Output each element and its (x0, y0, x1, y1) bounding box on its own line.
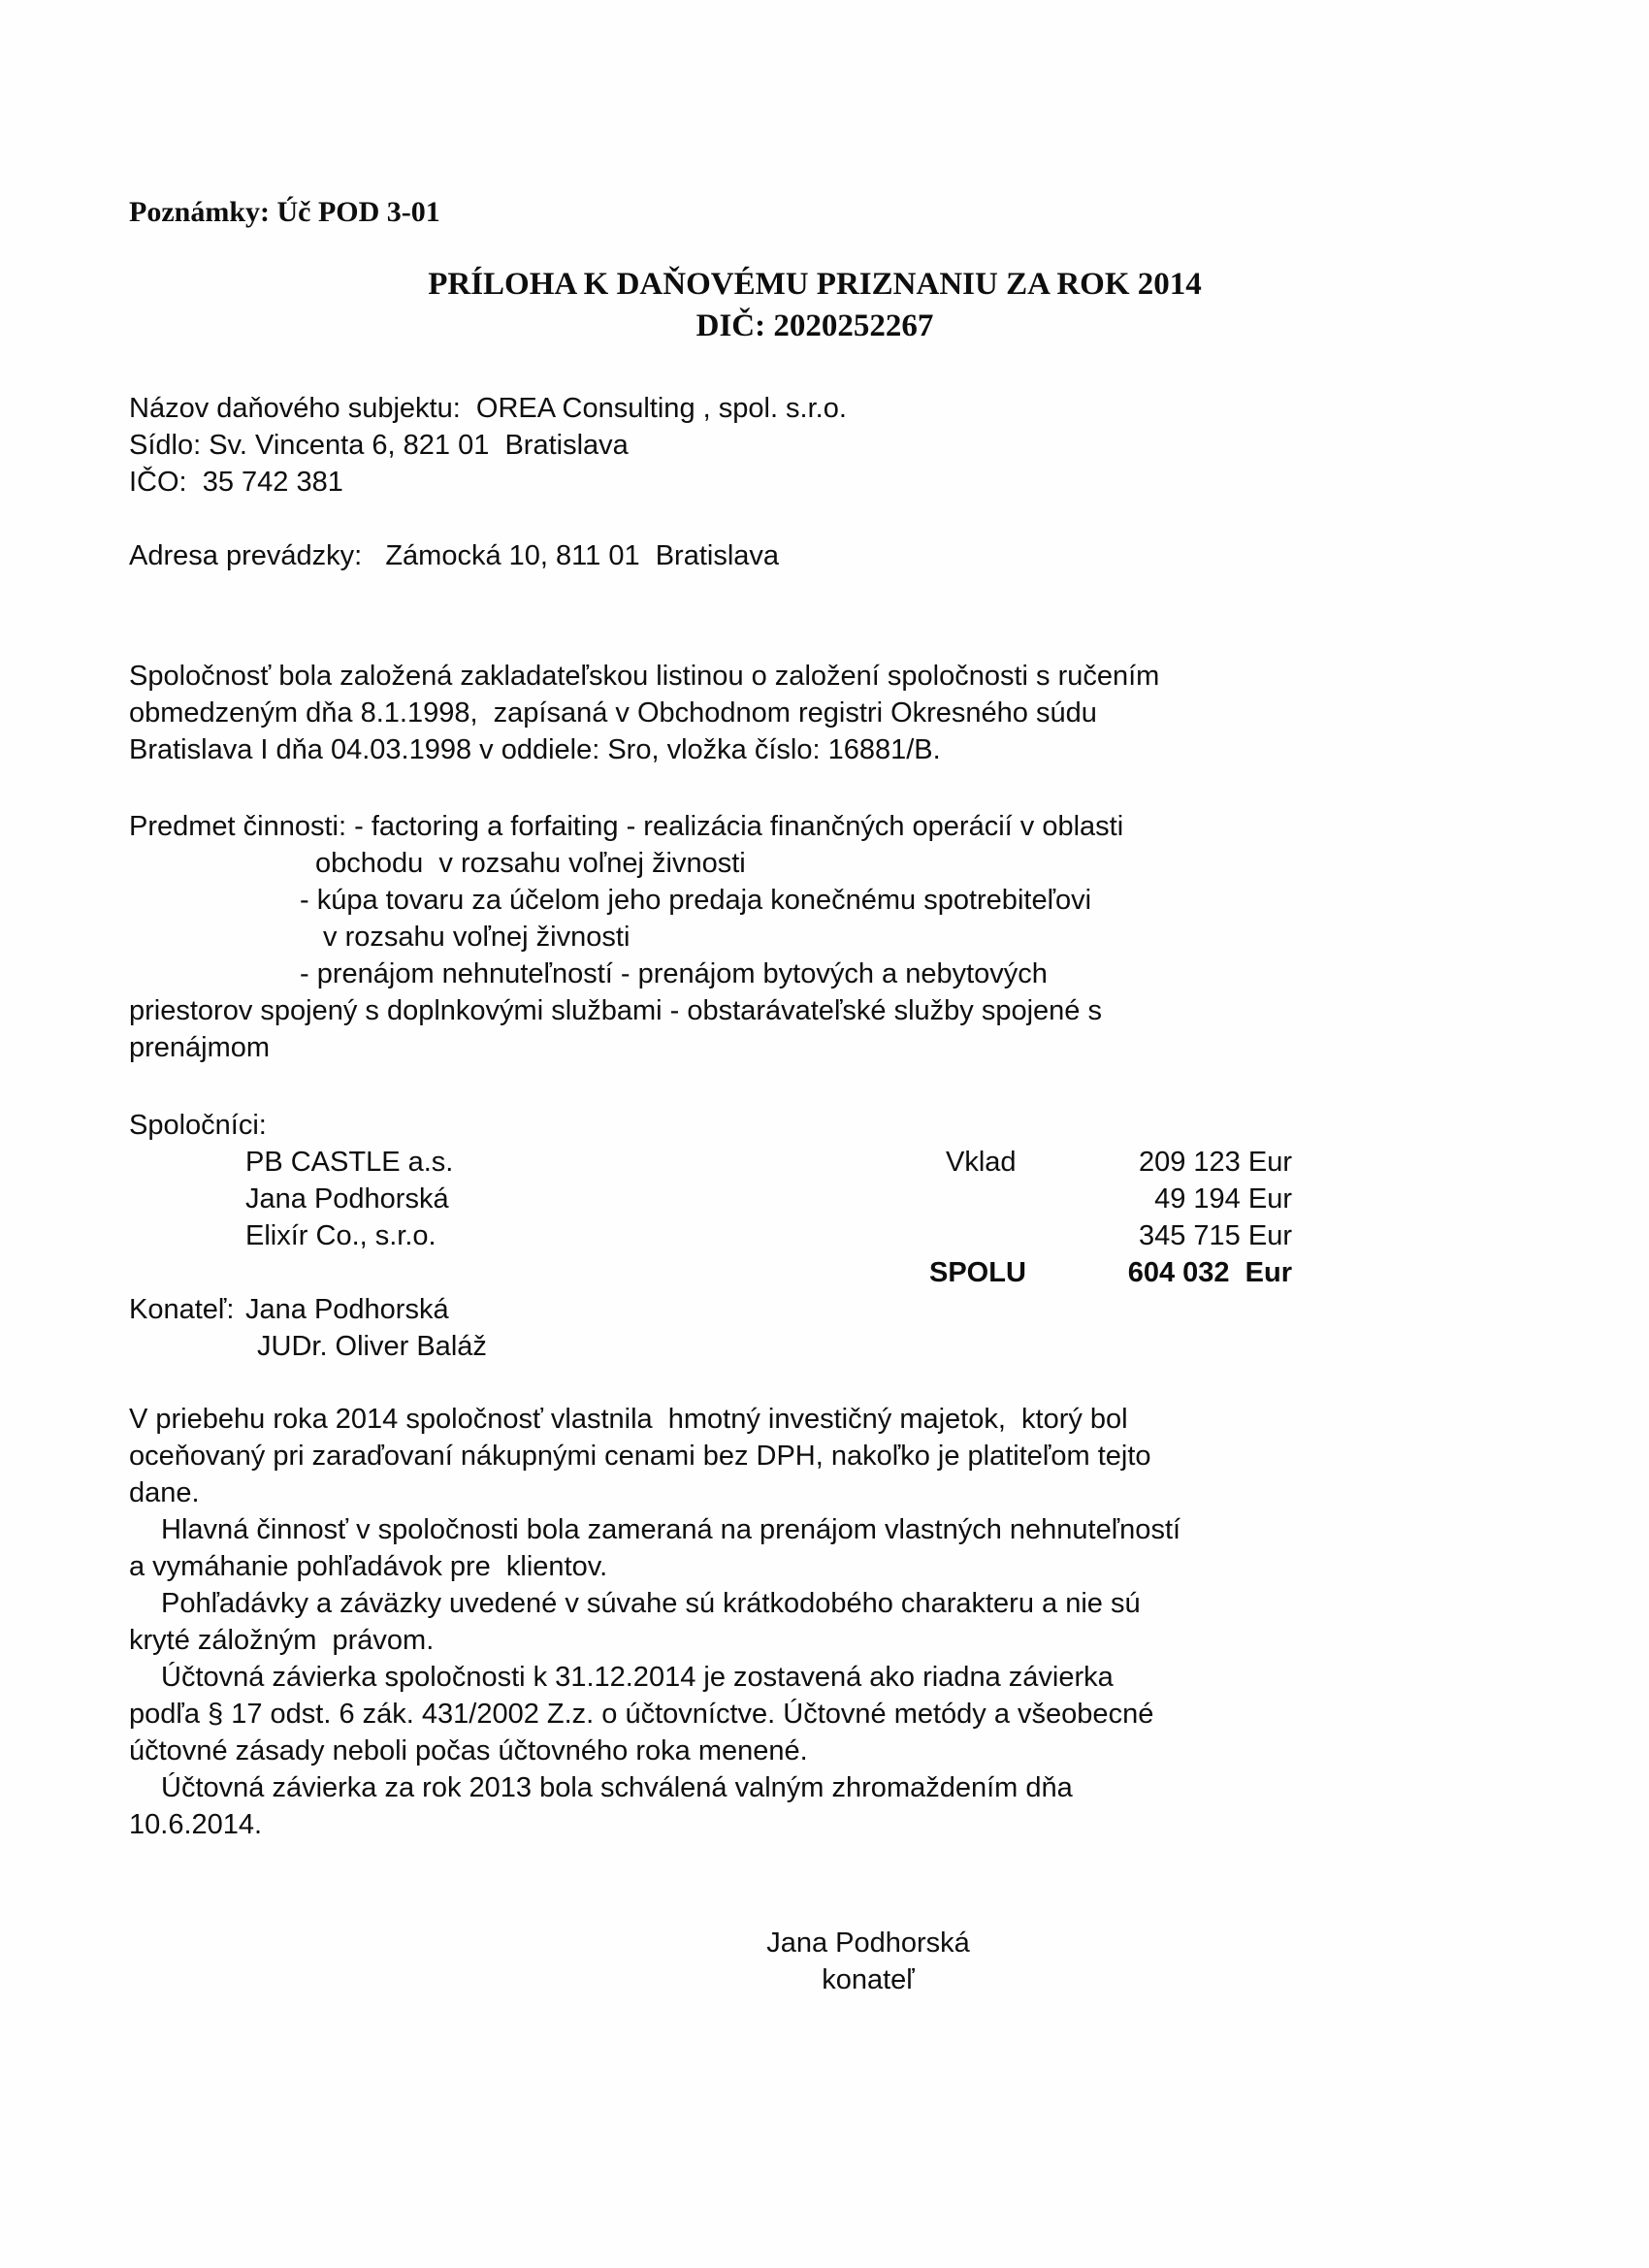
signature-role: konateľ (640, 1961, 1096, 1998)
shareholder-row: PB CASTLE a.s. Vklad 209 123 Eur (0, 1144, 1649, 1181)
notes-paragraphs: V priebehu roka 2014 spoločnosť vlastnil… (129, 1401, 1545, 1843)
total-amount: 604 032 Eur (1009, 1254, 1292, 1291)
activity-line: obchodu v rozsahu voľnej živnosti (129, 845, 1536, 882)
shareholder-row: Jana Podhorská 49 194 Eur (0, 1181, 1649, 1217)
activity-line: prenájmom (129, 1029, 1536, 1066)
shareholder-amount: 345 715 Eur (1009, 1217, 1292, 1254)
notes-line: účtovné zásady neboli počas účtovného ro… (129, 1733, 1545, 1769)
founding-line: Bratislava I dňa 04.03.1998 v oddiele: S… (129, 731, 1536, 768)
form-code: Poznámky: Úč POD 3-01 (129, 195, 440, 230)
document-title-line2: DIČ: 2020252267 (0, 306, 1630, 347)
shareholders-table: PB CASTLE a.s. Vklad 209 123 Eur Jana Po… (0, 1144, 1649, 1254)
notes-line: oceňovaný pri zaraďovaní nákupnými cenam… (129, 1438, 1545, 1474)
subject-ico-line: IČO: 35 742 381 (129, 464, 847, 501)
manager-name: Jana Podhorská (245, 1291, 449, 1328)
shareholder-name: Elixír Co., s.r.o. (245, 1217, 436, 1254)
activity-line: v rozsahu voľnej živnosti (129, 919, 1536, 956)
notes-line: a vymáhanie pohľadávok pre klientov. (129, 1548, 1545, 1585)
notes-line: podľa § 17 odst. 6 zák. 431/2002 Z.z. o … (129, 1696, 1545, 1733)
signature-name: Jana Podhorská (640, 1925, 1096, 1961)
founding-line: Spoločnosť bola založená zakladateľskou … (129, 658, 1536, 695)
notes-line: Hlavná činnosť v spoločnosti bola zamera… (129, 1511, 1545, 1548)
subject-name-line: Názov daňového subjektu: OREA Consulting… (129, 390, 847, 427)
activity-line: priestorov spojený s doplnkovými službam… (129, 992, 1536, 1029)
shareholders-section-label: Spoločníci: (129, 1107, 267, 1144)
notes-line: Účtovná závierka za rok 2013 bola schvál… (129, 1769, 1545, 1806)
business-activities: Predmet činnosti: - factoring a forfaiti… (129, 808, 1536, 1066)
manager-name-second: JUDr. Oliver Baláž (257, 1328, 487, 1365)
activity-line: - prenájom nehnuteľností - prenájom byto… (129, 956, 1536, 992)
shareholders-total-row: SPOLU 604 032 Eur (0, 1254, 1649, 1291)
founding-line: obmedzeným dňa 8.1.1998, zapísaná v Obch… (129, 695, 1536, 731)
activity-line: Predmet činnosti: - factoring a forfaiti… (129, 808, 1536, 845)
shareholder-amount: 49 194 Eur (1009, 1181, 1292, 1217)
shareholder-name: PB CASTLE a.s. (245, 1144, 453, 1181)
notes-line: dane. (129, 1474, 1545, 1511)
scanned-document-page: Poznámky: Úč POD 3-01 PRÍLOHA K DAŇOVÉMU… (0, 0, 1649, 2268)
premises-address-line: Adresa prevádzky: Zámocká 10, 811 01 Bra… (129, 537, 779, 574)
subject-seat-line: Sídlo: Sv. Vincenta 6, 821 01 Bratislava (129, 427, 847, 464)
manager-row: Konateľ: Jana Podhorská (0, 1291, 1649, 1328)
manager-label: Konateľ: (129, 1291, 234, 1328)
notes-line: kryté záložným právom. (129, 1622, 1545, 1659)
shareholder-amount: 209 123 Eur (1009, 1144, 1292, 1181)
vklad-column-label: Vklad (946, 1144, 1017, 1181)
notes-line: Účtovná závierka spoločnosti k 31.12.201… (129, 1659, 1545, 1696)
notes-line: Pohľadávky a záväzky uvedené v súvahe sú… (129, 1585, 1545, 1622)
signature-block: Jana Podhorská konateľ (640, 1925, 1096, 1998)
activity-line: - kúpa tovaru za účelom jeho predaja kon… (129, 882, 1536, 919)
document-title: PRÍLOHA K DAŇOVÉMU PRIZNANIU ZA ROK 2014… (0, 264, 1630, 347)
shareholder-name: Jana Podhorská (245, 1181, 449, 1217)
notes-line: 10.6.2014. (129, 1806, 1545, 1843)
notes-line: V priebehu roka 2014 spoločnosť vlastnil… (129, 1401, 1545, 1438)
subject-identification: Názov daňového subjektu: OREA Consulting… (129, 390, 847, 501)
founding-paragraph: Spoločnosť bola založená zakladateľskou … (129, 658, 1536, 768)
shareholder-row: Elixír Co., s.r.o. 345 715 Eur (0, 1217, 1649, 1254)
document-title-line1: PRÍLOHA K DAŇOVÉMU PRIZNANIU ZA ROK 2014 (0, 264, 1630, 306)
